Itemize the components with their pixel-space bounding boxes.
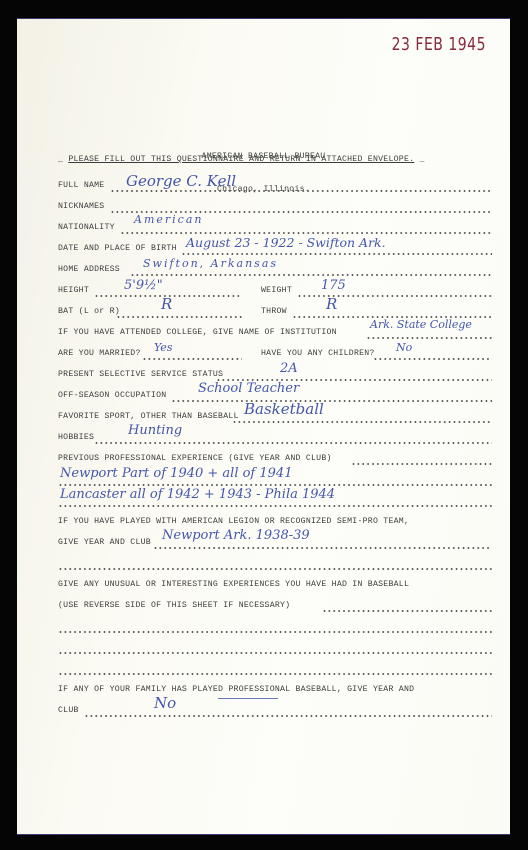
family-value: No	[154, 694, 176, 712]
bat-label: BAT (L or R)	[58, 307, 120, 316]
field-label: GIVE YEAR AND CLUB	[58, 538, 151, 547]
favorite-sport-field: FAVORITE SPORT, OTHER THAN BASEBALL Bask…	[58, 412, 492, 424]
college-value: Ark. State College	[370, 318, 472, 331]
full-name-value: George C. Kell	[126, 172, 236, 190]
college-field: IF YOU HAVE ATTENDED COLLEGE, GIVE NAME …	[58, 328, 492, 340]
throw-value: R	[326, 295, 337, 313]
field-label: OFF-SEASON OCCUPATION	[58, 391, 166, 400]
nationality-field: NATIONALITY American	[58, 223, 492, 235]
married-children-row: ARE YOU MARRIED? Yes HAVE YOU ANY CHILDR…	[58, 349, 492, 361]
field-label: FAVORITE SPORT, OTHER THAN BASEBALL	[58, 412, 239, 421]
height-label: HEIGHT	[58, 286, 89, 295]
bat-value: R	[161, 295, 172, 313]
pro-experience-value-2: Lancaster all of 1942 + 1943 - Phila 194…	[60, 487, 335, 502]
experiences-field: (USE REVERSE SIDE OF THIS SHEET IF NECES…	[58, 601, 492, 613]
home-address-field: HOME ADDRESS Swifton, Arkansas	[58, 265, 492, 277]
field-label: PREVIOUS PROFESSIONAL EXPERIENCE (GIVE Y…	[58, 454, 332, 463]
field-label: HOBBIES	[58, 433, 94, 442]
children-value: No	[396, 341, 412, 354]
favorite-sport-value: Basketball	[244, 400, 324, 418]
family-field: CLUB No	[58, 706, 492, 718]
experiences-question: GIVE ANY UNUSUAL OR INTERESTING EXPERIEN…	[58, 580, 492, 592]
full-name-field: FULL NAME George C. Kell	[58, 181, 492, 193]
pro-experience-field: PREVIOUS PROFESSIONAL EXPERIENCE (GIVE Y…	[58, 454, 492, 466]
birth-field: DATE AND PLACE OF BIRTH August 23 - 1922…	[58, 244, 492, 256]
throw-label: THROW	[261, 307, 287, 316]
height-weight-row: HEIGHT 5'9½" WEIGHT 175	[58, 286, 492, 298]
field-label: IF YOU HAVE PLAYED WITH AMERICAN LEGION …	[58, 517, 409, 526]
field-label: IF ANY OF YOUR FAMILY HAS PLAYED PROFESS…	[58, 685, 414, 694]
received-date-stamp: 23 FEB 1945	[392, 35, 486, 55]
semi-pro-value: Newport Ark. 1938-39	[162, 528, 310, 543]
married-value: Yes	[154, 341, 172, 354]
family-question: IF ANY OF YOUR FAMILY HAS PLAYED PROFESS…	[58, 685, 492, 697]
experiences-blank-line-1	[58, 622, 492, 634]
field-label: FULL NAME	[58, 181, 104, 190]
experiences-blank-line-2	[58, 643, 492, 655]
height-value: 5'9½"	[124, 278, 163, 293]
nicknames-field: NICKNAMES	[58, 202, 492, 214]
pro-experience-value-1: Newport Part of 1940 + all of 1941	[60, 466, 292, 481]
married-label: ARE YOU MARRIED?	[58, 349, 141, 358]
home-address-value: Swifton, Arkansas	[143, 257, 278, 270]
semi-pro-blank-line	[58, 559, 492, 571]
field-label: GIVE ANY UNUSUAL OR INTERESTING EXPERIEN…	[58, 580, 409, 589]
selective-service-value: 2A	[280, 361, 298, 376]
field-label: CLUB	[58, 706, 79, 715]
field-label: DATE AND PLACE OF BIRTH	[58, 244, 177, 253]
semi-pro-field: GIVE YEAR AND CLUB Newport Ark. 1938-39	[58, 538, 492, 550]
weight-value: 175	[321, 278, 346, 293]
occupation-value: School Teacher	[198, 381, 299, 396]
pen-stroke	[218, 698, 278, 699]
field-label: PRESENT SELECTIVE SERVICE STATUS	[58, 370, 223, 379]
field-label: (USE REVERSE SIDE OF THIS SHEET IF NECES…	[58, 601, 290, 610]
birth-value: August 23 - 1922 - Swifton Ark.	[186, 235, 386, 250]
pro-experience-line-1: Newport Part of 1940 + all of 1941	[58, 475, 492, 487]
field-label: IF YOU HAVE ATTENDED COLLEGE, GIVE NAME …	[58, 328, 337, 337]
experiences-blank-line-3	[58, 664, 492, 676]
field-label: HOME ADDRESS	[58, 265, 120, 274]
field-label: NATIONALITY	[58, 223, 115, 232]
hobbies-value: Hunting	[128, 423, 182, 438]
weight-label: WEIGHT	[261, 286, 292, 295]
questionnaire-sheet: 23 FEB 1945 AMERICAN BASEBALL BUREAU Chi…	[17, 18, 510, 835]
children-label: HAVE YOU ANY CHILDREN?	[261, 349, 375, 358]
instruction-line: _ PLEASE FILL OUT THIS QUESTIONNAIRE AND…	[58, 155, 425, 164]
nationality-value: American	[134, 213, 203, 226]
field-label: NICKNAMES	[58, 202, 104, 211]
hobbies-field: HOBBIES Hunting	[58, 433, 492, 445]
pro-experience-line-2: Lancaster all of 1942 + 1943 - Phila 194…	[58, 496, 492, 508]
